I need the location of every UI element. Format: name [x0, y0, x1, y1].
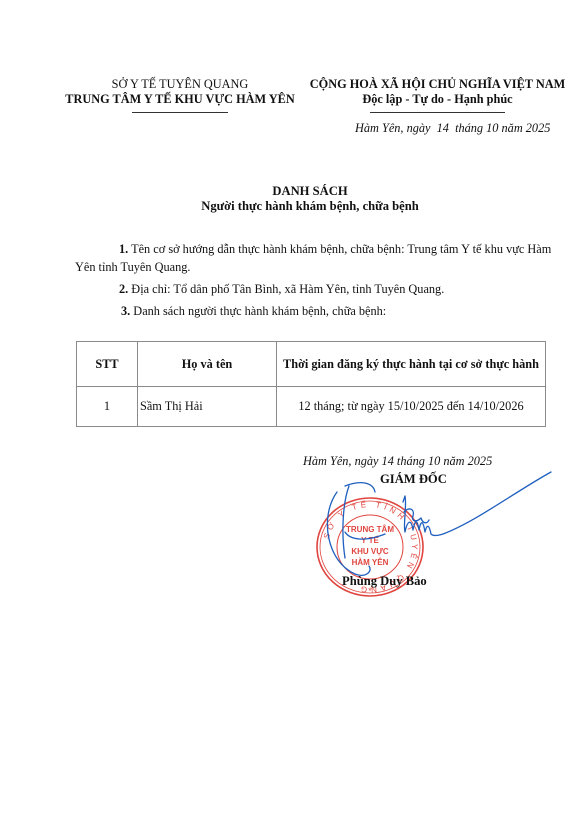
handwritten-signature — [325, 462, 555, 577]
table-header-row: STT Họ và tên Thời gian đăng ký thực hàn… — [77, 342, 546, 387]
title-main: DANH SÁCH — [0, 184, 588, 199]
table-row: 1 Sầm Thị Hải 12 tháng; từ ngày 15/10/20… — [77, 387, 546, 427]
national-motto: Độc lập - Tự do - Hạnh phúc — [295, 92, 580, 107]
paragraph-text: Địa chỉ: Tổ dân phố Tân Bình, xã Hàm Yên… — [128, 282, 444, 296]
column-header-period: Thời gian đăng ký thực hành tại cơ sở th… — [277, 342, 546, 387]
paragraph-text: Danh sách người thực hành khám bệnh, chữ… — [130, 304, 386, 318]
paragraph-1: 1. Tên cơ sở hướng dẫn thực hành khám bệ… — [75, 240, 565, 276]
paragraph-text: Tên cơ sở hướng dẫn thực hành khám bệnh,… — [75, 242, 551, 274]
cell-stt: 1 — [77, 387, 138, 427]
motto-underline — [370, 112, 505, 113]
signer-name: Phùng Duy Bảo — [342, 574, 427, 589]
column-header-stt: STT — [77, 342, 138, 387]
agency-underline — [132, 112, 228, 113]
paragraph-number: 1. — [119, 242, 128, 256]
issuing-agency-header: SỞ Y TẾ TUYÊN QUANG TRUNG TÂM Y TẾ KHU V… — [55, 77, 305, 113]
cell-period: 12 tháng; từ ngày 15/10/2025 đến 14/10/2… — [277, 387, 546, 427]
agency-name: TRUNG TÂM Y TẾ KHU VỰC HÀM YÊN — [55, 92, 305, 107]
title-sub: Người thực hành khám bệnh, chữa bệnh — [0, 199, 588, 214]
column-header-name: Họ và tên — [138, 342, 277, 387]
paragraph-number: 3. — [121, 304, 130, 318]
document-title: DANH SÁCH Người thực hành khám bệnh, chữ… — [0, 184, 588, 214]
cell-name: Sầm Thị Hải — [138, 387, 277, 427]
national-title: CỘNG HOÀ XÃ HỘI CHỦ NGHĨA VIỆT NAM — [295, 77, 580, 92]
paragraph-3: 3. Danh sách người thực hành khám bệnh, … — [121, 302, 571, 320]
parent-agency-name: SỞ Y TẾ TUYÊN QUANG — [55, 77, 305, 92]
paragraph-2: 2. Địa chỉ: Tổ dân phố Tân Bình, xã Hàm … — [119, 280, 569, 298]
issue-date: Hàm Yên, ngày 14 tháng 10 năm 2025 — [355, 121, 570, 136]
national-header: CỘNG HOÀ XÃ HỘI CHỦ NGHĨA VIỆT NAM Độc l… — [295, 77, 580, 113]
practitioner-table: STT Họ và tên Thời gian đăng ký thực hàn… — [76, 341, 546, 427]
paragraph-number: 2. — [119, 282, 128, 296]
